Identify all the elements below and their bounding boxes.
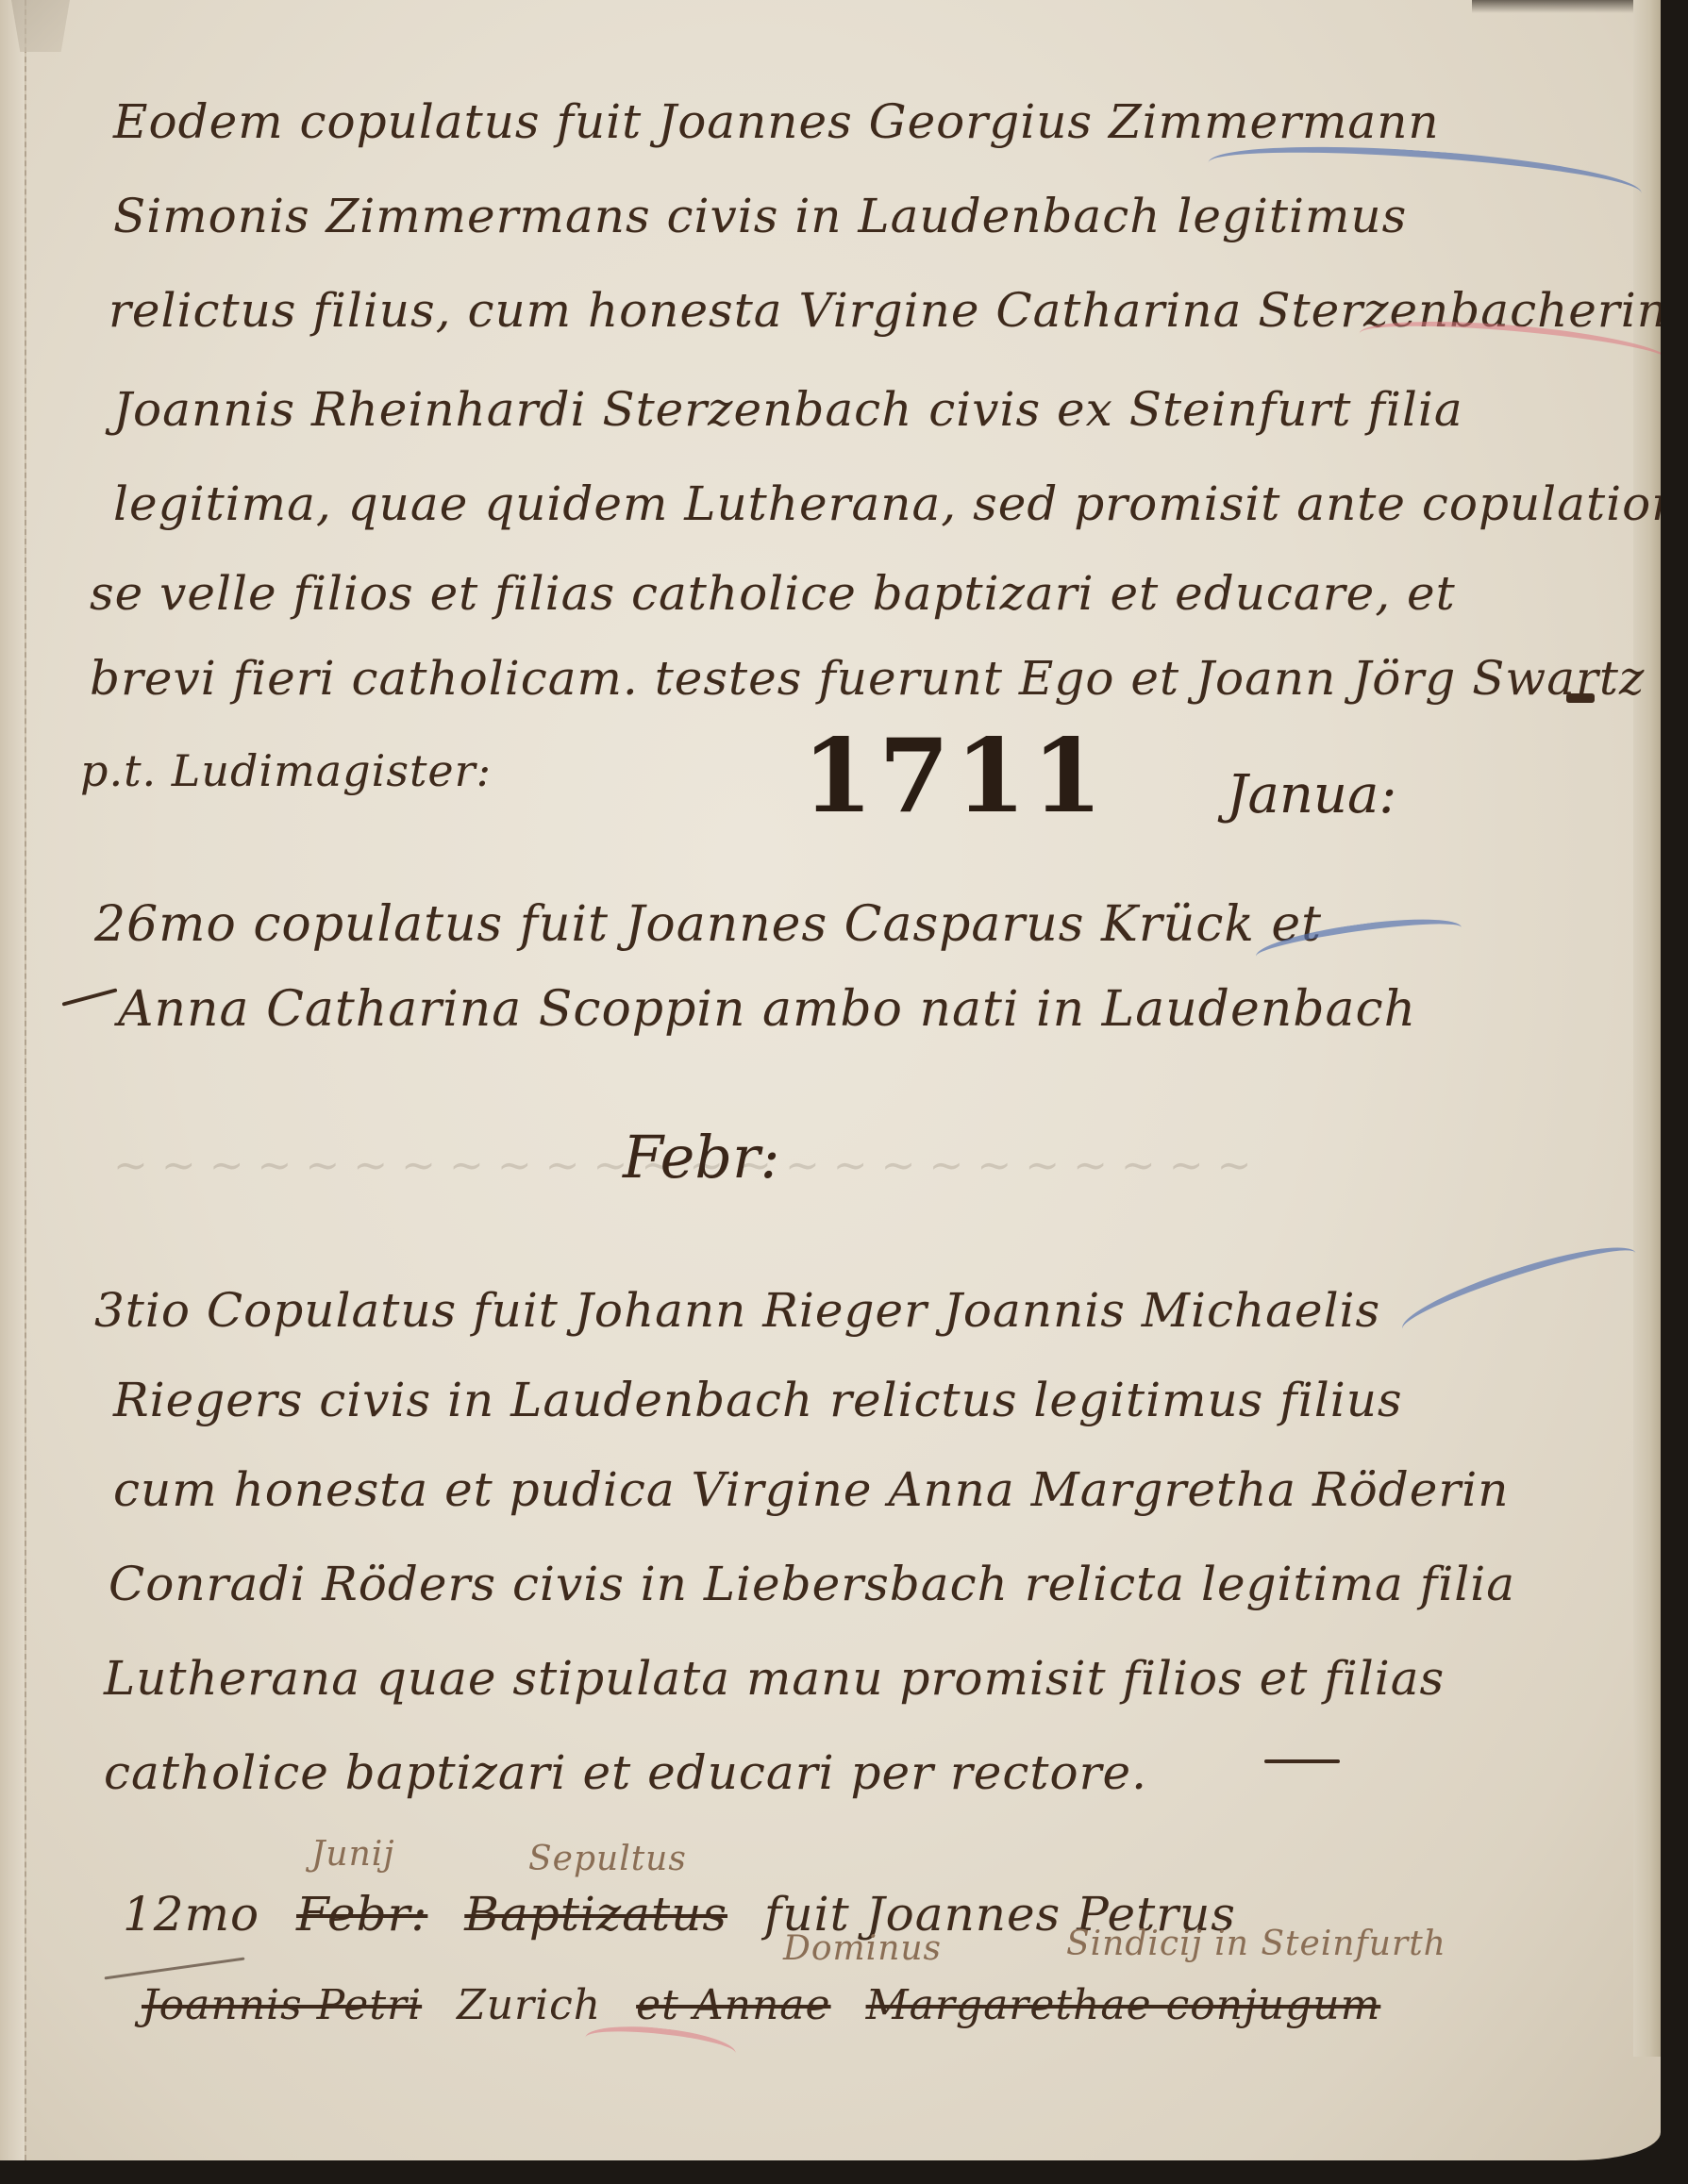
struck-name-3: Margarethae conjugum <box>866 1981 1381 2029</box>
margin-stroke <box>62 988 118 1006</box>
insertion-sindicij: Sindicij in Steinfurth <box>1066 1925 1446 1963</box>
insertion-dominus: Dominus <box>783 1929 942 1968</box>
entry-feb-line-6: catholice baptizari et educari per recto… <box>104 1745 1147 1800</box>
insertion-junij: Junij <box>311 1835 394 1874</box>
entry-1-line-7: brevi fieri catholicam. testes fuerunt E… <box>90 651 1645 706</box>
day-number: 12mo <box>123 1887 259 1942</box>
entry-feb-line-1: 3tio Copulatus fuit Johann Rieger Joanni… <box>94 1283 1380 1338</box>
page-shadow <box>1472 0 1661 13</box>
corner-fold <box>11 0 70 52</box>
entry-1-line-2: Simonis Zimmermans civis in Laudenbach l… <box>113 189 1407 243</box>
entry-1-line-1: Eodem copulatus fuit Joannes Georgius Zi… <box>113 94 1440 149</box>
entry-feb-line-2: Riegers civis in Laudenbach relictus leg… <box>113 1373 1403 1427</box>
month-heading-february: Febr: <box>623 1123 780 1192</box>
struck-name: Joannis Petri <box>142 1981 422 2029</box>
entry-1-line-5: legitima, quae quidem Lutherana, sed pro… <box>113 476 1661 531</box>
month-heading-january: Janua: <box>1227 764 1396 825</box>
struck-month: Febr: <box>296 1887 427 1942</box>
entry-final-line-2: Joannis Petri Zurich et Annae Margaretha… <box>142 1981 1401 2029</box>
struck-word: Baptizatus <box>464 1887 727 1942</box>
entry-1-line-6: se velle filios et filias catholice bapt… <box>90 566 1456 621</box>
strike-stroke <box>1264 1759 1340 1763</box>
struck-name-2: et Annae <box>636 1981 830 2029</box>
entry-feb-line-3: cum honesta et pudica Virgine Anna Margr… <box>113 1462 1509 1517</box>
ink-blot <box>1566 693 1595 703</box>
surname: Zurich <box>457 1981 601 2029</box>
blue-underline <box>1396 1232 1643 1350</box>
binding-gutter <box>0 0 26 2160</box>
year-heading: 1711 <box>802 717 1109 836</box>
entry-jan-line-1: 26mo copulatus fuit Joannes Casparus Krü… <box>94 896 1322 953</box>
entry-1-line-8: p.t. Ludimagister: <box>80 745 492 796</box>
manuscript-page: ~ ~ ~ ~ ~ ~ ~ ~ ~ ~ ~ ~ ~ ~ ~ ~ ~ ~ ~ ~ … <box>0 0 1661 2160</box>
entry-1-line-4: Joannis Rheinhardi Sterzenbach civis ex … <box>113 382 1463 437</box>
margin-stroke <box>105 1958 245 1980</box>
entry-feb-line-5: Lutherana quae stipulata manu promisit f… <box>104 1651 1445 1706</box>
insertion-sepultus: Sepultus <box>528 1840 687 1878</box>
entry-feb-line-4: Conradi Röders civis in Liebersbach reli… <box>109 1557 1515 1611</box>
entry-jan-line-2: Anna Catharina Scoppin ambo nati in Laud… <box>118 981 1416 1038</box>
